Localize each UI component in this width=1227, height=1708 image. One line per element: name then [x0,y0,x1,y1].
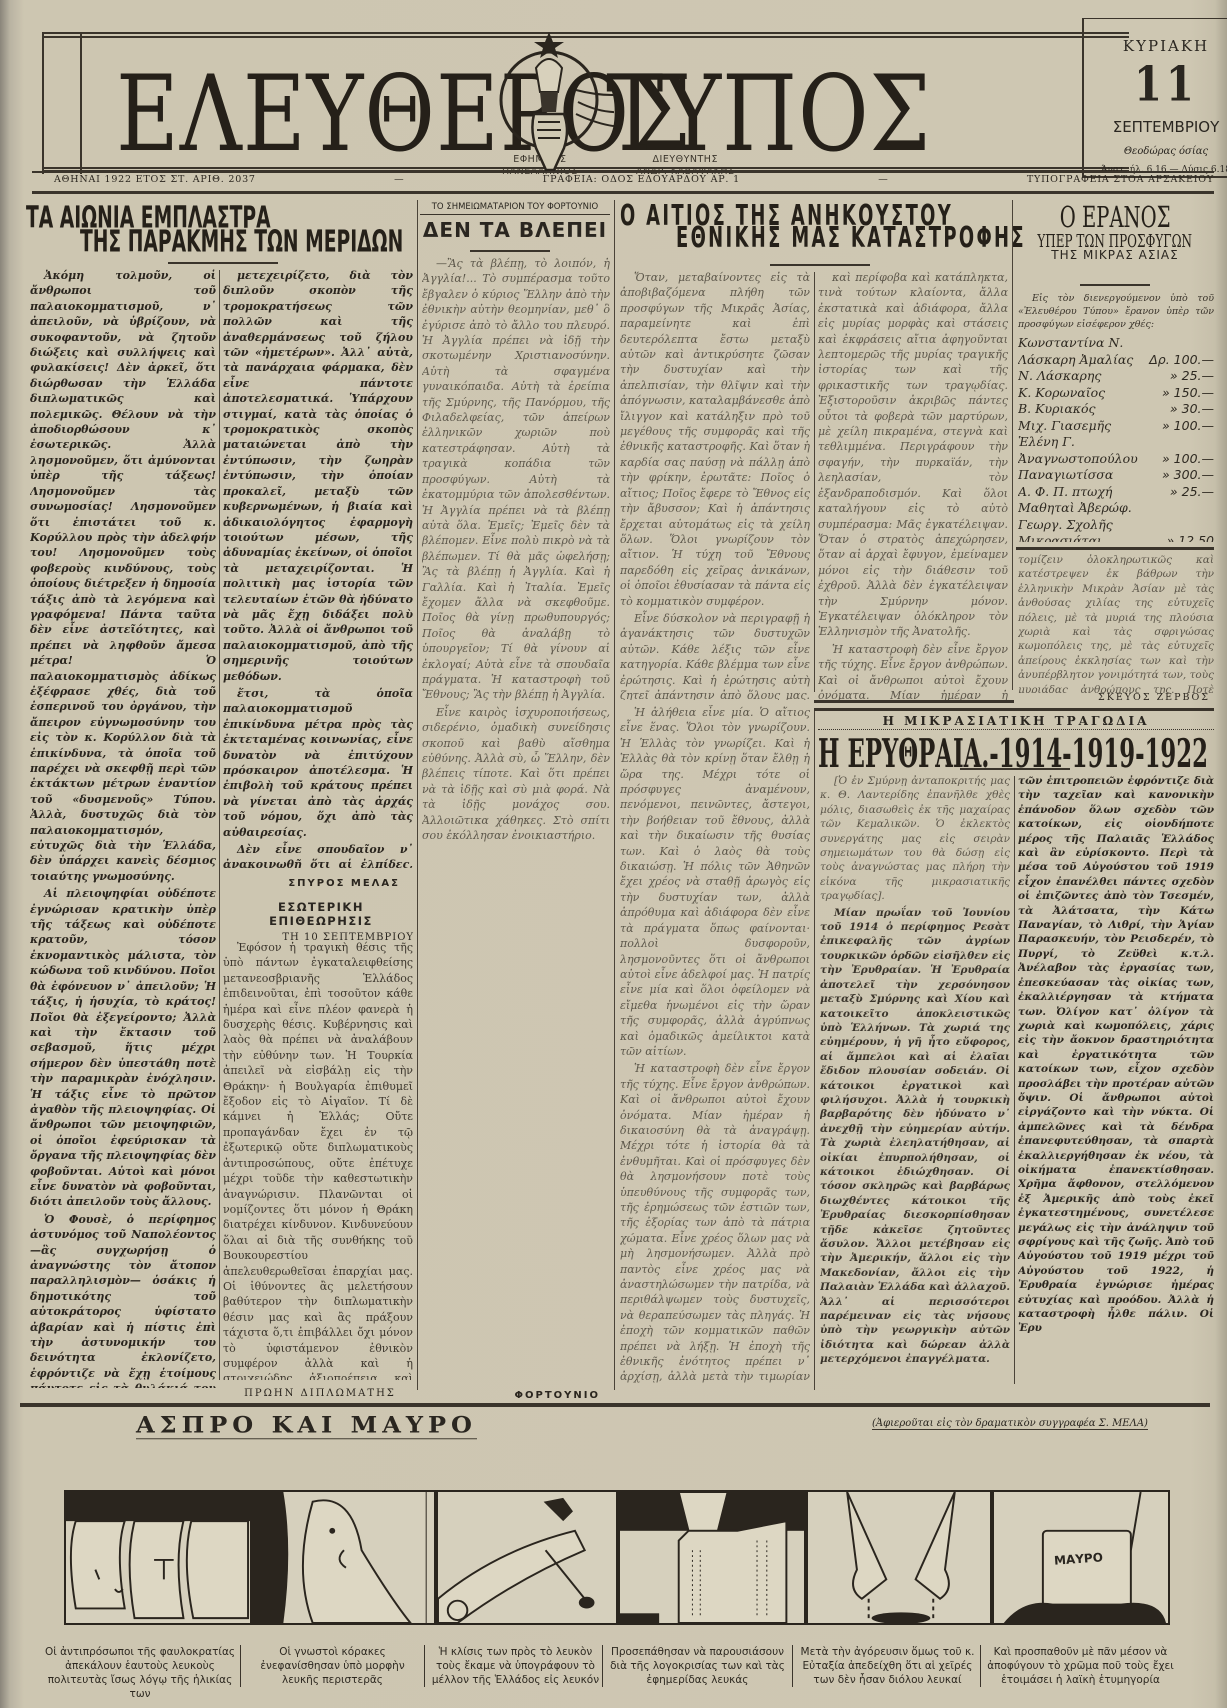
aitios-column-1: Ὅταν, μεταβαίνοντες εἰς τὰ ἀποβιβαζόμενα… [620,270,810,700]
eranos-headline: Ο ΕΡΑΝΟΣ ΥΠΕΡ ΤΩΝ ΠΡΟΣΦΥΓΩΝ ΤΗΣ ΜΙΚΡΑΣ Α… [1016,202,1214,262]
fortounio-header: ΤΟ ΣΗΜΕΙΩΜΑΤΑΡΙΟΝ ΤΟΥ ΦΟΡΤΟΥΝΙΟ ΔΕΝ ΤΑ Β… [420,202,610,242]
divider [168,262,278,264]
day-number: 11 [1084,56,1227,112]
donation-row: Παναγιωτίσσα» 300.— [1018,467,1214,484]
column-rule [417,200,418,1390]
column-rule [1012,200,1013,690]
esoteriki-body: Ἐφόσον ἡ τραγικὴ θέσις τῆς ὑπὸ πάντων ἐγ… [223,940,413,1380]
donation-amount: » 25.— [1170,368,1214,385]
donation-amount: » 30.— [1170,401,1214,418]
dash: — [878,174,888,188]
article-paragraph: καὶ περίφοβα καὶ κατάπληκτα, τινὰ τούτων… [818,270,1008,640]
author-signature: ΣΠΥΡΟΣ ΜΕΛΑΣ [240,878,400,889]
article-paragraph: Αἱ πλειοψηφίαι οὐδέποτε ἐγνώρισαν κρατικ… [30,886,216,1210]
masthead-left-pillar [42,32,82,174]
donor-name: Κ. Κορωναῖος [1018,385,1105,402]
divider [20,1403,1210,1407]
donor-name: Ἑλένη Γ. Ἀναγνωστοπούλου [1018,434,1158,467]
divider [814,700,1014,703]
article-paragraph: Εἶνε δύσκολον νὰ περιγραφῇ ἡ ἀγανάκτησις… [620,611,810,700]
torch-in-hand-icon [484,30,614,180]
scroll-quill-icon [438,1492,616,1623]
donations-list: Εἰς τὸν διενεργούμενον ὑπὸ τοῦ «Ἐλευθέρο… [1018,292,1214,542]
author-signature: ΣΚΕΥΟΣ ΖΕΡΒΟΣ [1030,692,1210,703]
comic-panel [436,1490,618,1625]
donor-name: Κωνσταντίνα Ν. Λάσκαρη Ἀμαλίας [1018,335,1149,368]
donor-name: Α. Φ. Π. πτωχή [1018,484,1112,501]
headline-line-2: ΤΗΣ ΠΑΡΑΚΜΗΣ ΤΩΝ ΜΕΡΙΔΩΝ [80,224,403,259]
article-paragraph: Ἡ καταστροφὴ δὲν εἶνε ἔργον τῆς τύχης. Ε… [818,642,1008,700]
donor-name: Μαθηταὶ Ἀβερώφ. Γεωργ. Σχολῆς Μικρασιάτα… [1018,500,1158,542]
comic-panel [618,1490,806,1625]
editor-note: [Ὁ ἐν Σμύρνῃ ἀνταποκριτής μας κ. Θ. Λαντ… [820,774,1010,904]
donation-row: Ν. Λάσκαρης» 25.— [1018,368,1214,385]
headline-line-2: ΥΠΕΡ ΤΩΝ ΠΡΟΣΦΥΓΩΝ [1038,230,1193,252]
donation-row: Μιχ. Γιασεμῆς» 100.— [1018,418,1214,435]
donation-row: Μαθηταὶ Ἀβερώφ. Γεωργ. Σχολῆς Μικρασιάτα… [1018,500,1214,542]
erythraia-column-2: τῶν ἐπιτροπειῶν ἐφρόντιζε διὰ τὴν ταχεῖα… [1018,774,1214,1386]
print-shop-address: ΤΥΠΟΓΡΑΦΕΙΑ ΣΤΟΑ ΑΡΣΑΚΕΙΟΥ [1027,174,1214,188]
erythraia-header: Η ΜΙΚΡΑΣΙΑΤΙΚΗ ΤΡΑΓΩΔΙΑ Η ΕΡΥΘΡΑΙΑ.-1914… [818,714,1214,767]
article-paragraph: Εἶνε καιρὸς ἰσχυροποιήσεως, σιδερένιο, ὁ… [422,705,610,844]
donation-row: Β. Κυριακός» 30.— [1018,401,1214,418]
donation-amount: Δρ. 100.— [1149,352,1214,369]
divider [814,708,1214,711]
comic-caption: Προσεπάθησαν νὰ παρουσιάσουν διὰ τῆς λογ… [602,1645,792,1687]
saint-of-day: Θεοδώρας όσίας [1084,146,1227,157]
column-rule [219,270,220,1380]
article-paragraph: Ἡ καταστροφὴ δὲν εἶνε ἔργον τῆς τύχης. Ε… [620,1061,810,1385]
comic-panel: ΜΑΥΡΟ [992,1490,1170,1625]
article-paragraph: Μίαν πρωΐαν τοῦ Ἰουνίου τοῦ 1914 ὁ περίφ… [820,906,1010,1367]
donation-amount: » 25.— [1170,484,1214,501]
divider [470,250,550,252]
article-paragraph: τομίζειν ὁλοκληρωτικῶς καὶ κατέστρεψεν ἐ… [1018,553,1214,693]
esoteriki-headline: ΕΣΩΤΕΡΙΚΗ ΕΠΙΘΕΩΡΗΣΙΣ ΤΗ 10 ΣΕΠΤΕΜΒΡΙΟΥ [228,900,414,943]
donation-amount: » 300.— [1162,467,1214,484]
donor-name: Παναγιωτίσσα [1018,467,1113,484]
divider [1080,284,1150,286]
donor-name: Μιχ. Γιασεμῆς [1018,418,1111,435]
divider [960,768,1070,770]
white-faces-icon [66,1492,250,1623]
masthead: ΕΛΕΥΘΕΡΟΣ ΤΥΠΟΣ ΕΦΗΜΕΡΙΣ ΠΑΝΕΛΛΗΝΙΟΣ ΔΙΕ… [36,14,1216,174]
fortounio-body: —Ἂς τὰ βλέπῃ, τὸ λοιπόν, ἡ Ἀγγλία!... Τὸ… [422,256,610,1366]
column-rule [814,710,815,1390]
article-paragraph: μετεχειρίζετο, διὰ τὸν διπλοῦν σκοπὸν τῆ… [223,268,413,684]
headline-line-2: ΕΘΝΙΚΗΣ ΜΑΣ ΚΑΤΑΣΤΡΟΦΗΣ [676,222,1026,255]
donation-amount: » 100.— [1162,418,1214,435]
comic-caption: Καὶ προσπαθοῦν μὲ πᾶν μέσον νὰ ἀποφύγουν… [980,1645,1180,1687]
article-paragraph: Ἀκόμη τολμοῦν, οἱ ἄνθρωποι τοῦ παλαιοκομ… [30,268,216,884]
info-bar: ΑΘΗΝΑΙ 1922 ΕΤΟΣ ΣΤ. ΑΡΙΘ. 2037 — ΓΡΑΦΕΙ… [54,174,1214,188]
month: ΣΕΠΤΕΜΒΡΙΟΥ [1084,118,1227,136]
series-kicker: Η ΜΙΚΡΑΣΙΑΤΙΚΗ ΤΡΑΓΩΔΙΑ [818,714,1214,730]
donations-intro: Εἰς τὸν διενεργούμενον ὑπὸ τοῦ «Ἐλευθέρο… [1018,292,1214,331]
director-label: ΔΙΕΥΘΥΝΤΗΣ [636,154,734,166]
comic-caption: Μετὰ τὴν ἀγόρευσιν ὅμως τοῦ κ. Εὐταξία ἀ… [792,1645,982,1687]
donations-table: Κωνσταντίνα Ν. Λάσκαρη ἈμαλίαςΔρ. 100.—Ν… [1018,335,1214,542]
emplastra-column-2: μετεχειρίζετο, διὰ τὸν διπλοῦν σκοπὸν τῆ… [223,268,413,868]
comic-panel [806,1490,992,1625]
article-paragraph: τῶν ἐπιτροπειῶν ἐφρόντιζε διὰ τὴν ταχεῖα… [1018,774,1214,1336]
issue-info: ΑΘΗΝΑΙ 1922 ΕΤΟΣ ΣΤ. ΑΡΙΘ. 2037 [54,174,256,188]
author-signature: ΠΡΩΗΝ ΔΙΠΛΩΜΑΤΗΣ [240,1388,400,1399]
article-paragraph: ἔτσι, τὰ ὁποῖα παλαιοκομματισμοῦ ἐπικίνδ… [223,686,413,840]
emplastra-column-1: Ἀκόμη τολμοῦν, οἱ ἄνθρωποι τοῦ παλαιοκομ… [30,268,216,1388]
divider [1016,547,1214,550]
dash: — [394,174,404,188]
newspaper-reader-icon [620,1492,804,1623]
column-rule [1014,776,1015,1384]
divider [770,264,870,266]
donor-name: Ν. Λάσκαρης [1018,368,1101,385]
donation-row: Κωνσταντίνα Ν. Λάσκαρη ἈμαλίαςΔρ. 100.— [1018,335,1214,368]
author-signature: ΦΟΡΤΟΥΝΙΟ [440,1390,600,1401]
newspaper-page: ΕΛΕΥΘΕΡΟΣ ΤΥΠΟΣ ΕΦΗΜΕΡΙΣ ΠΑΝΕΛΛΗΝΙΟΣ ΔΙΕ… [0,0,1227,1708]
donor-name: Β. Κυριακός [1018,401,1095,418]
divider [32,191,1214,194]
aitios-column-2: καὶ περίφοβα καὶ κατάπληκτα, τινὰ τούτων… [818,270,1008,700]
comic-panel [64,1490,252,1625]
comic-title: ΑΣΠΡΟ ΚΑΙ ΜΑΥΡΟ [136,1411,477,1440]
donation-amount: » 12.50 [1167,533,1214,542]
comic-dedication: (Ἀφιεροῦται εἰς τὸν δραματικὸν συγγραφέα… [872,1418,1148,1430]
column-rule [814,272,815,692]
article-paragraph: Ὅταν, μεταβαίνοντες εἰς τὰ ἀποβιβαζόμενα… [620,270,810,609]
donation-row: Ἑλένη Γ. Ἀναγνωστοπούλου» 100.— [1018,434,1214,467]
article-paragraph: Ἐφόσον ἡ τραγικὴ θέσις τῆς ὑπὸ πάντων ἐγ… [223,940,413,1380]
donation-row: Κ. Κορωναῖος» 150.— [1018,385,1214,402]
aitios-column-3: Ἡ ἀλήθεια εἶνε μία. Ὁ αἴτιος εἶνε ἕνας. … [620,705,810,1385]
comic-caption: Ἡ κλίσις των πρὸς τὸ λευκὸν τοὺς ἔκαμε ν… [424,1645,606,1687]
erythraia-column-1: [Ὁ ἐν Σμύρνῃ ἀνταποκριτής μας κ. Θ. Λαντ… [820,774,1010,1386]
eranos-body: τομίζειν ὁλοκληρωτικῶς καὶ κατέστρεψεν ἐ… [1018,553,1214,693]
masthead-title-right: ΤΥΠΟΣ [606,62,931,167]
comic-panel [252,1490,436,1625]
divider [32,171,1214,173]
article-paragraph: —Ἂς τὰ βλέπῃ, τὸ λοιπόν, ἡ Ἀγγλία!... Τὸ… [422,256,610,703]
hands-coins-icon [808,1492,990,1623]
article-paragraph: Ἡ ἀλήθεια εἶνε μία. Ὁ αἴτιος εἶνε ἕνας. … [620,705,810,1059]
section-title: ΕΣΩΤΕΡΙΚΗ ΕΠΙΘΕΩΡΗΣΙΣ [228,900,414,928]
date-box: ΚΥΡΙΑΚΗ 11 ΣΕΠΤΕΜΒΡΙΟΥ Θεοδώρας όσίας Άν… [1082,18,1227,178]
column-headline: ΔΕΝ ΤΑ ΒΛΕΠΕΙ [420,218,610,242]
weekday: ΚΥΡΙΑΚΗ [1084,37,1227,55]
crow-dove-icon [254,1492,434,1623]
office-address: ΓΡΑΦΕΙΑ: ΟΔΟΣ ΕΔΟΥΑΡΔΟΥ ΑΡ. 1 [543,174,740,188]
donation-row: Α. Φ. Π. πτωχή» 25.— [1018,484,1214,501]
article-paragraph: Ὁ Φουσὲ, ὁ περίφημος ἀστυνόμος τοῦ Ναπολ… [30,1212,216,1388]
column-rule [614,200,615,1390]
donation-amount: » 150.— [1162,385,1214,402]
article-paragraph: Δὲν εἶνε σπουδαῖον ν᾽ ἀνακοινωθῇ ὅτι αἱ … [223,842,413,868]
comic-caption: Οἱ ἀντιπρόσωποι τῆς φαυλοκρατίας ἀπεκάλο… [40,1645,240,1701]
column-kicker: ΤΟ ΣΗΜΕΙΩΜΑΤΑΡΙΟΝ ΤΟΥ ΦΟΡΤΟΥΝΙΟ [420,202,610,215]
series-headline: Η ΕΡΥΘΡΑΙΑ.-1914-1919-1922 [818,732,1208,778]
donation-amount: » 100.— [1162,451,1214,468]
comic-caption: Οἱ γνωστοὶ κόρακες ἐνεφανίσθησαν ὑπὸ μορ… [240,1645,424,1687]
